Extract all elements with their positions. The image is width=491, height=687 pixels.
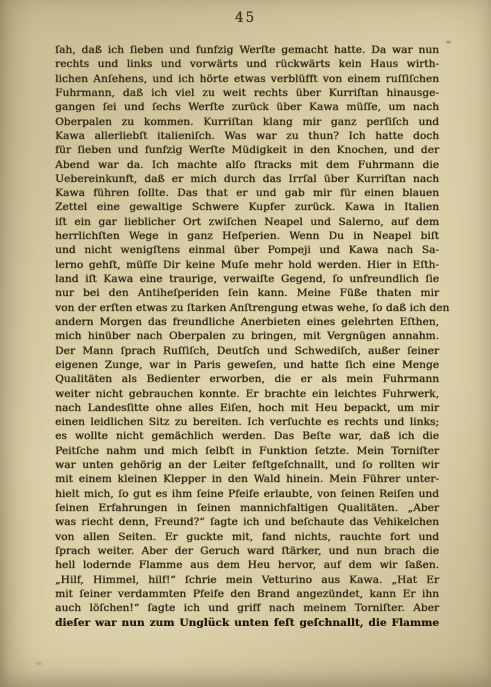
text-line: auch löſchen!“ ſagte ich und griff nach … [55,601,439,615]
text-line: „Hilf, Himmel, hilf!“ ſchrie mein Vettur… [55,573,439,587]
text-line: mit ſeiner verdammten Pfeife den Brand a… [55,587,439,601]
text-line: Kawa allerliebſt italieniſch. Was war zu… [55,129,439,143]
text-line: hell lodernde Flamme aus dem Heu hervor,… [55,558,439,572]
text-line: Abend war da. Ich machte alſo ſtracks mi… [55,158,439,172]
text-line: lerno gehſt, müſſe Dir keine Muſe mehr h… [55,258,439,272]
text-line: Peitſche nahm und mich ſelbſt in Funktio… [55,444,439,458]
paper-speck [36,662,42,665]
text-line: Zettel eine gewaltige Schwere Kupfer zur… [55,200,439,214]
text-line: Qualitäten als Bedienter erworben, die e… [55,372,439,386]
text-line: land iſt Kawa eine traurige, verwaiſte G… [55,272,439,286]
text-line: mit einem kleinen Klepper in den Wald hi… [55,472,439,486]
text-line: einen leidlichen Sitz zu bereiten. Ich v… [55,415,439,429]
text-line: andern Morgen das freundliche Anerbieten… [55,315,439,329]
text-line: hielt mich, ſo gut es ihm ſeine Pfeife e… [55,487,439,501]
text-line: Fuhrmann, daß ich viel zu weit rechts üb… [55,86,439,100]
text-line: war unten gehörig an der Leiter feſtgeſc… [55,458,439,472]
text-line: von der erſten etwas zu ſtarken Anſtreng… [55,301,439,315]
text-line: rechts und links und vorwärts und rückwä… [55,57,439,71]
text-line: ſeinen Erfahrungen in ſeinen mannichfalt… [55,501,439,515]
text-line: für ſieben und funfzig Werſte Müdigkeit … [55,143,439,157]
text-line: iſt ein gar lieblicher Ort zwiſchen Neap… [55,215,439,229]
text-line: nach Landesſitte ohne alles Eiſen, hoch … [55,401,439,415]
text-line: Der Mann ſprach Ruſſiſch, Deutſch und Sc… [55,344,439,358]
book-page: 45 ſah, daß ich ſieben und funfzig Werſt… [0,0,491,687]
text-line: weiter nicht gebrauchen konnte. Er brach… [55,387,439,401]
page-number: 45 [0,10,491,26]
text-line: es wollte nicht gemächlich werden. Das B… [55,429,439,443]
text-line: ſprach weiter. Aber der Geruch ward ſtär… [55,544,439,558]
text-line: gangen ſei und ſechs Werſte zurück über … [55,100,439,114]
text-line: dieſer war nun zum Unglück unten feſt ge… [55,616,439,630]
text-line: eigenen Zunge, war in Paris geweſen, und… [55,358,439,372]
page-text: ſah, daß ich ſieben und funfzig Werſte g… [55,43,439,630]
text-line: ſah, daß ich ſieben und funfzig Werſte g… [55,43,439,57]
text-line: Oberpalen zu kommen. Kurriſtan klang mir… [55,115,439,129]
text-line: und nicht wenigſtens einmal über Pompeji… [55,243,439,257]
text-line: was riecht denn, Freund?“ ſagte ich und … [55,515,439,529]
paper-speck [446,41,451,43]
text-line: herrlichſten Wege in ganz Heſperien. Wen… [55,229,439,243]
text-line: Uebereinkunft, daß er mich durch das Irr… [55,172,439,186]
text-line: mich hinüber nach Oberpalen zu bringen, … [55,329,439,343]
text-line: nur bei den Antiheſperiden ſein kann. Me… [55,286,439,300]
text-line: Kawa führen ſollte. Das that er und gab … [55,186,439,200]
text-line: lichen Anſehens, und ich hörte etwas ver… [55,72,439,86]
text-line: von allen Seiten. Er guckte mit, fand ni… [55,530,439,544]
